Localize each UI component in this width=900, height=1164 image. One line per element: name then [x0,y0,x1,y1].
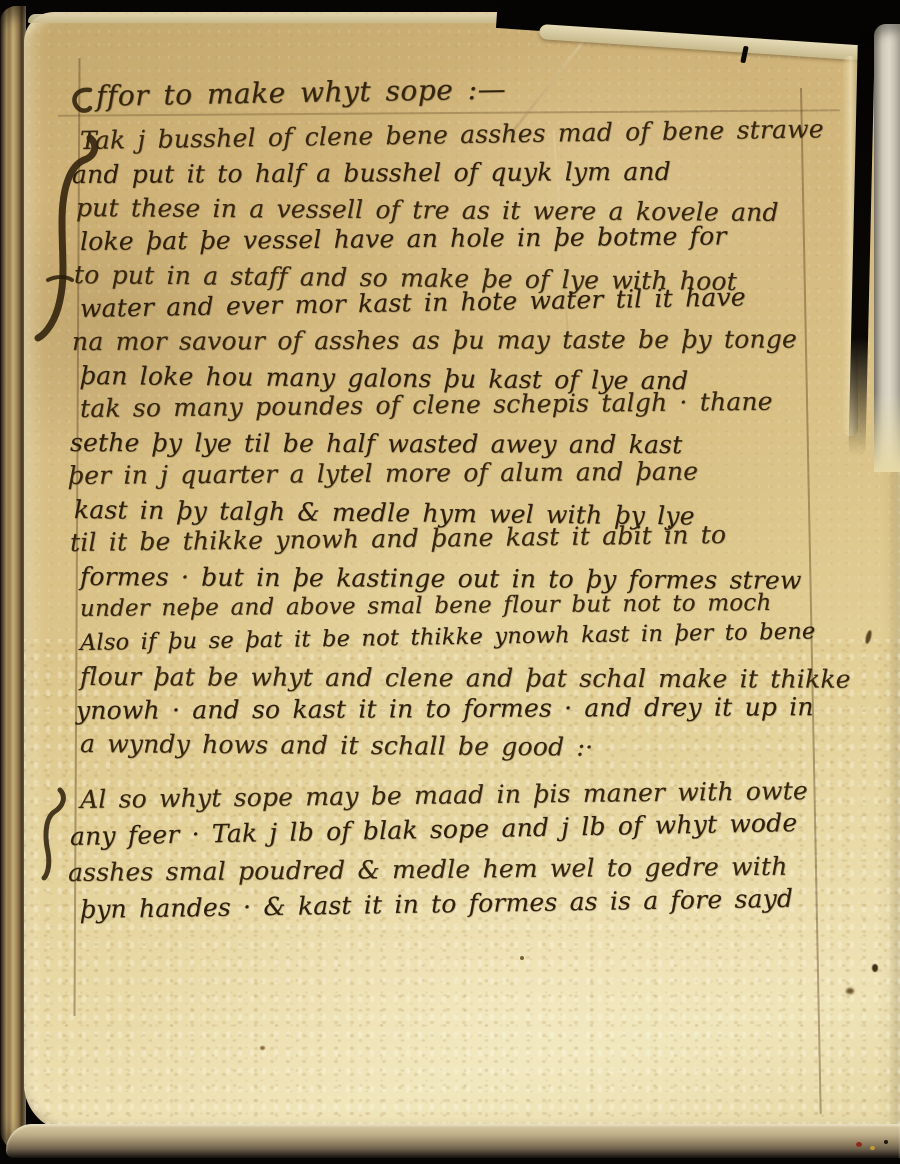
edge-speck-dark [884,1140,888,1144]
recipe-paragraph-2: Al so whyt sope may be maad in þis maner… [80,782,820,928]
manuscript-line: tak so many poundes of clene schepis tal… [80,384,820,425]
manuscript-line: na mor savour of asshes as þu may taste … [72,322,820,358]
manuscript-line: ynowh · and so kast it in to formes · an… [76,690,820,727]
stain-speck [520,956,524,960]
manuscript-photograph: ffor to make whyt sope :— Tak j busshel … [0,0,900,1164]
parchment-page: ffor to make whyt sope :— Tak j busshel … [24,12,900,1132]
manuscript-line: loke þat þe vessel have an hole in þe bo… [80,218,820,258]
book-leaf-edges-bottom [6,1124,900,1158]
edge-speck-yellow [870,1146,875,1150]
manuscript-line: a wyndy hows and it schall be good :· [80,727,820,766]
paraph-stroke-icon [36,786,66,882]
book-leaf-edges-left [0,6,26,1154]
recipe-paragraph-1: Tak j busshel of clene bene asshes mad o… [80,124,820,761]
ink-speck [872,964,878,972]
paraph-mark-icon [68,84,94,116]
stain-speck [846,988,854,994]
facing-page-edge-fade [874,392,900,472]
manuscript-line: þer in j quarter a lytel more of alum an… [68,454,820,493]
edge-speck-red [856,1142,862,1147]
manuscript-line: and put it to half a busshel of quyk lym… [72,154,820,191]
stain-speck [260,1046,265,1050]
